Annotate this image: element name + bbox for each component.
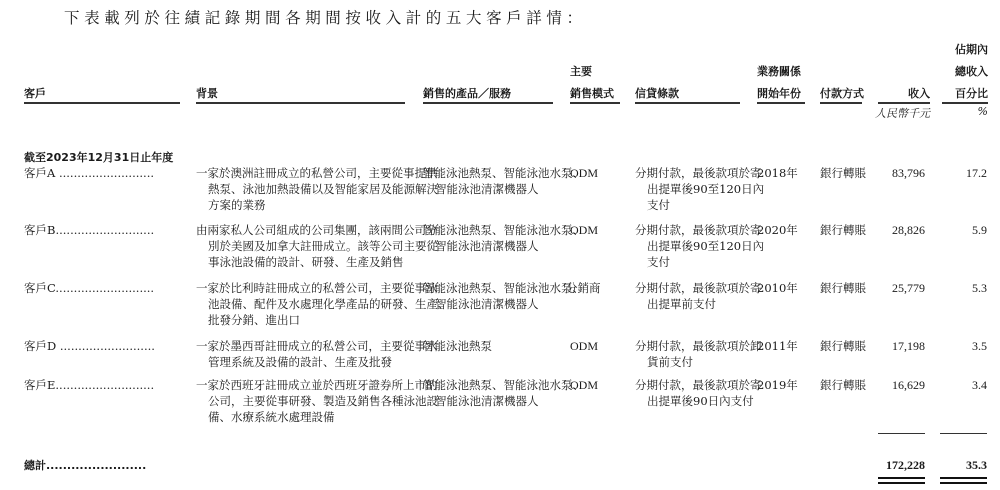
credit-terms-line: 支付 bbox=[635, 254, 764, 270]
background-line: 管理系統及設備的設計、生產及批發 bbox=[196, 354, 438, 370]
intro-text: 下表載列於往績記錄期間各期間按收入計的五大客戶詳情： bbox=[64, 6, 587, 28]
products: 智能泳池熱泵、智能泳池水泵、 智能泳池清潔機器人 bbox=[423, 377, 584, 409]
background-line: 由兩家私人公司組成的公司集團，該兩間公司分 bbox=[196, 222, 438, 238]
revenue-unit: 人民幣千元 bbox=[860, 105, 930, 121]
background-line: 一家於西班牙註冊成立並於西班牙證券所上市的 bbox=[196, 377, 438, 393]
products-line: 智能泳池清潔機器人 bbox=[423, 238, 584, 254]
products: 智能泳池熱泵、智能泳池水泵、 智能泳池清潔機器人 bbox=[423, 165, 584, 197]
credit-terms-line: 出提單前支付 bbox=[635, 296, 762, 312]
products-line: 智能泳池熱泵、智能泳池水泵、 bbox=[423, 165, 584, 181]
header-revenue: 收入 bbox=[878, 86, 930, 101]
percentage-value: 17.2 bbox=[940, 165, 987, 181]
credit-terms: 分期付款，最後款項於寄 出提單後90日內支付 bbox=[635, 377, 762, 409]
background-line: 公司，主要從事研發、製造及銷售各種泳池設 bbox=[196, 393, 438, 409]
credit-terms-line: 貨前支付 bbox=[635, 354, 762, 370]
revenue-value: 83,796 bbox=[860, 165, 925, 181]
credit-terms: 分期付款，最後款項於卸 貨前支付 bbox=[635, 338, 762, 370]
header-underline-products bbox=[423, 102, 553, 104]
products: 智能泳池熱泵 bbox=[423, 338, 492, 354]
credit-terms-line: 支付 bbox=[635, 197, 764, 213]
background-line: 事泳池設備的設計、研發、生產及銷售 bbox=[196, 254, 438, 270]
background-line: 熱泵、泳池加熱設備以及智能家居及能源解決 bbox=[196, 181, 438, 197]
percentage-value: 5.3 bbox=[940, 280, 987, 296]
header-credit-terms: 信貸條款 bbox=[635, 86, 679, 101]
total-percentage: 35.3 bbox=[940, 457, 987, 473]
header-background: 背景 bbox=[196, 86, 218, 101]
double-underline-revenue-bottom bbox=[878, 482, 925, 484]
header-relationship-line1: 業務關係 bbox=[757, 64, 801, 79]
header-sales-mode-line1: 主要 bbox=[570, 64, 614, 79]
header-underline-relationship bbox=[757, 102, 805, 104]
percentage-value: 3.5 bbox=[940, 338, 987, 354]
header-pct-line2: 總收入 bbox=[940, 64, 988, 79]
revenue-value: 28,826 bbox=[860, 222, 925, 238]
sales-mode: ODM bbox=[570, 222, 598, 238]
background-line: 批發分銷、進出口 bbox=[196, 312, 450, 328]
background-line: 一家於澳洲註冊成立的私營公司，主要從事提供 bbox=[196, 165, 438, 181]
customer-background: 一家於墨西哥註冊成立的私營公司，主要從事水 管理系統及設備的設計、生產及批發 bbox=[196, 338, 438, 370]
background-line: 備、水療系統水處理設備 bbox=[196, 409, 438, 425]
products-line: 智能泳池清潔機器人 bbox=[423, 296, 584, 312]
sales-mode: ODM bbox=[570, 165, 598, 181]
header-underline-revenue bbox=[878, 102, 930, 104]
customer-name: 客戶C........................... bbox=[24, 280, 154, 296]
percentage-value: 5.9 bbox=[940, 222, 987, 238]
products-line: 智能泳池熱泵、智能泳池水泵、 bbox=[423, 222, 584, 238]
background-line: 一家於墨西哥註冊成立的私營公司，主要從事水 bbox=[196, 338, 438, 354]
percentage-unit: % bbox=[960, 105, 988, 118]
revenue-value: 25,779 bbox=[860, 280, 925, 296]
customer-name: 客戶D .......................... bbox=[24, 338, 155, 354]
background-line: 方案的業務 bbox=[196, 197, 438, 213]
total-revenue: 172,228 bbox=[860, 457, 925, 473]
header-payment-method: 付款方式 bbox=[820, 86, 864, 101]
sales-mode: 分銷商 bbox=[566, 280, 601, 296]
background-line: 一家於比利時註冊成立的私營公司，主要從事泳 bbox=[196, 280, 450, 296]
relationship-start-year: 2019年 bbox=[757, 377, 798, 393]
customer-background: 一家於比利時註冊成立的私營公司，主要從事泳 池設備、配件及水處理化學產品的研發、… bbox=[196, 280, 450, 328]
period-label: 截至2023年12月31日止年度 bbox=[24, 149, 173, 165]
credit-terms-line: 分期付款，最後款項於寄 bbox=[635, 377, 762, 393]
credit-terms-line: 出提單後90至120日內 bbox=[635, 181, 764, 197]
products: 智能泳池熱泵、智能泳池水泵、 智能泳池清潔機器人 bbox=[423, 280, 584, 312]
subtotal-line-percentage bbox=[940, 433, 987, 434]
double-underline-percentage-top bbox=[940, 477, 987, 479]
customer-background: 一家於澳洲註冊成立的私營公司，主要從事提供 熱泵、泳池加熱設備以及智能家居及能源… bbox=[196, 165, 438, 213]
credit-terms-line: 出提單後90日內支付 bbox=[635, 393, 762, 409]
header-underline-customer bbox=[24, 102, 180, 104]
revenue-value: 17,198 bbox=[860, 338, 925, 354]
customer-name: 客戶E........................... bbox=[24, 377, 154, 393]
header-relationship-line2: 開始年份 bbox=[757, 86, 801, 101]
subtotal-line-revenue bbox=[878, 433, 925, 434]
relationship-start-year: 2018年 bbox=[757, 165, 798, 181]
credit-terms-line: 分期付款，最後款項於寄 bbox=[635, 280, 762, 296]
background-line: 池設備、配件及水處理化學產品的研發、生產、 bbox=[196, 296, 450, 312]
customer-name: 客戶B........................... bbox=[24, 222, 154, 238]
percentage-value: 3.4 bbox=[940, 377, 987, 393]
relationship-start-year: 2010年 bbox=[757, 280, 798, 296]
customer-background: 由兩家私人公司組成的公司集團，該兩間公司分 別於美國及加拿大註冊成立。該等公司主… bbox=[196, 222, 438, 270]
header-relationship: 業務關係 開始年份 bbox=[757, 64, 801, 101]
products-line: 智能泳池熱泵、智能泳池水泵、 bbox=[423, 280, 584, 296]
header-underline-background bbox=[196, 102, 405, 104]
credit-terms-line: 出提單後90至120日內 bbox=[635, 238, 764, 254]
customer-name: 客戶A .......................... bbox=[24, 165, 154, 181]
credit-terms: 分期付款，最後款項於寄 出提單後90至120日內 支付 bbox=[635, 165, 764, 213]
header-sales-mode: 主要 銷售模式 bbox=[570, 64, 614, 101]
header-underline-percentage bbox=[942, 102, 988, 104]
header-underline-sales-mode bbox=[570, 102, 620, 104]
products-line: 智能泳池清潔機器人 bbox=[423, 393, 584, 409]
header-pct-line1: 佔期內 bbox=[940, 42, 988, 57]
revenue-value: 16,629 bbox=[860, 377, 925, 393]
products-line: 智能泳池熱泵、智能泳池水泵、 bbox=[423, 377, 584, 393]
header-products: 銷售的產品／服務 bbox=[423, 86, 511, 101]
header-percentage: 佔期內 總收入 百分比 bbox=[940, 42, 988, 101]
credit-terms-line: 分期付款，最後款項於寄 bbox=[635, 165, 764, 181]
credit-terms-line: 分期付款，最後款項於寄 bbox=[635, 222, 764, 238]
customer-background: 一家於西班牙註冊成立並於西班牙證券所上市的 公司，主要從事研發、製造及銷售各種泳… bbox=[196, 377, 438, 425]
sales-mode: ODM bbox=[570, 338, 598, 354]
header-pct-line3: 百分比 bbox=[940, 86, 988, 101]
credit-terms: 分期付款，最後款項於寄 出提單後90至120日內 支付 bbox=[635, 222, 764, 270]
products-line: 智能泳池熱泵 bbox=[423, 338, 492, 354]
products-line: 智能泳池清潔機器人 bbox=[423, 181, 584, 197]
total-label: 總計........................ bbox=[24, 458, 146, 474]
background-line: 別於美國及加拿大註冊成立。該等公司主要從 bbox=[196, 238, 438, 254]
header-underline-payment bbox=[820, 102, 862, 104]
header-underline-credit-terms bbox=[635, 102, 740, 104]
header-sales-mode-line2: 銷售模式 bbox=[570, 86, 614, 101]
credit-terms: 分期付款，最後款項於寄 出提單前支付 bbox=[635, 280, 762, 312]
double-underline-percentage-bottom bbox=[940, 482, 987, 484]
sales-mode: ODM bbox=[570, 377, 598, 393]
double-underline-revenue-top bbox=[878, 477, 925, 479]
relationship-start-year: 2011年 bbox=[757, 338, 798, 354]
header-customer: 客戶 bbox=[24, 86, 46, 101]
products: 智能泳池熱泵、智能泳池水泵、 智能泳池清潔機器人 bbox=[423, 222, 584, 254]
credit-terms-line: 分期付款，最後款項於卸 bbox=[635, 338, 762, 354]
relationship-start-year: 2020年 bbox=[757, 222, 798, 238]
